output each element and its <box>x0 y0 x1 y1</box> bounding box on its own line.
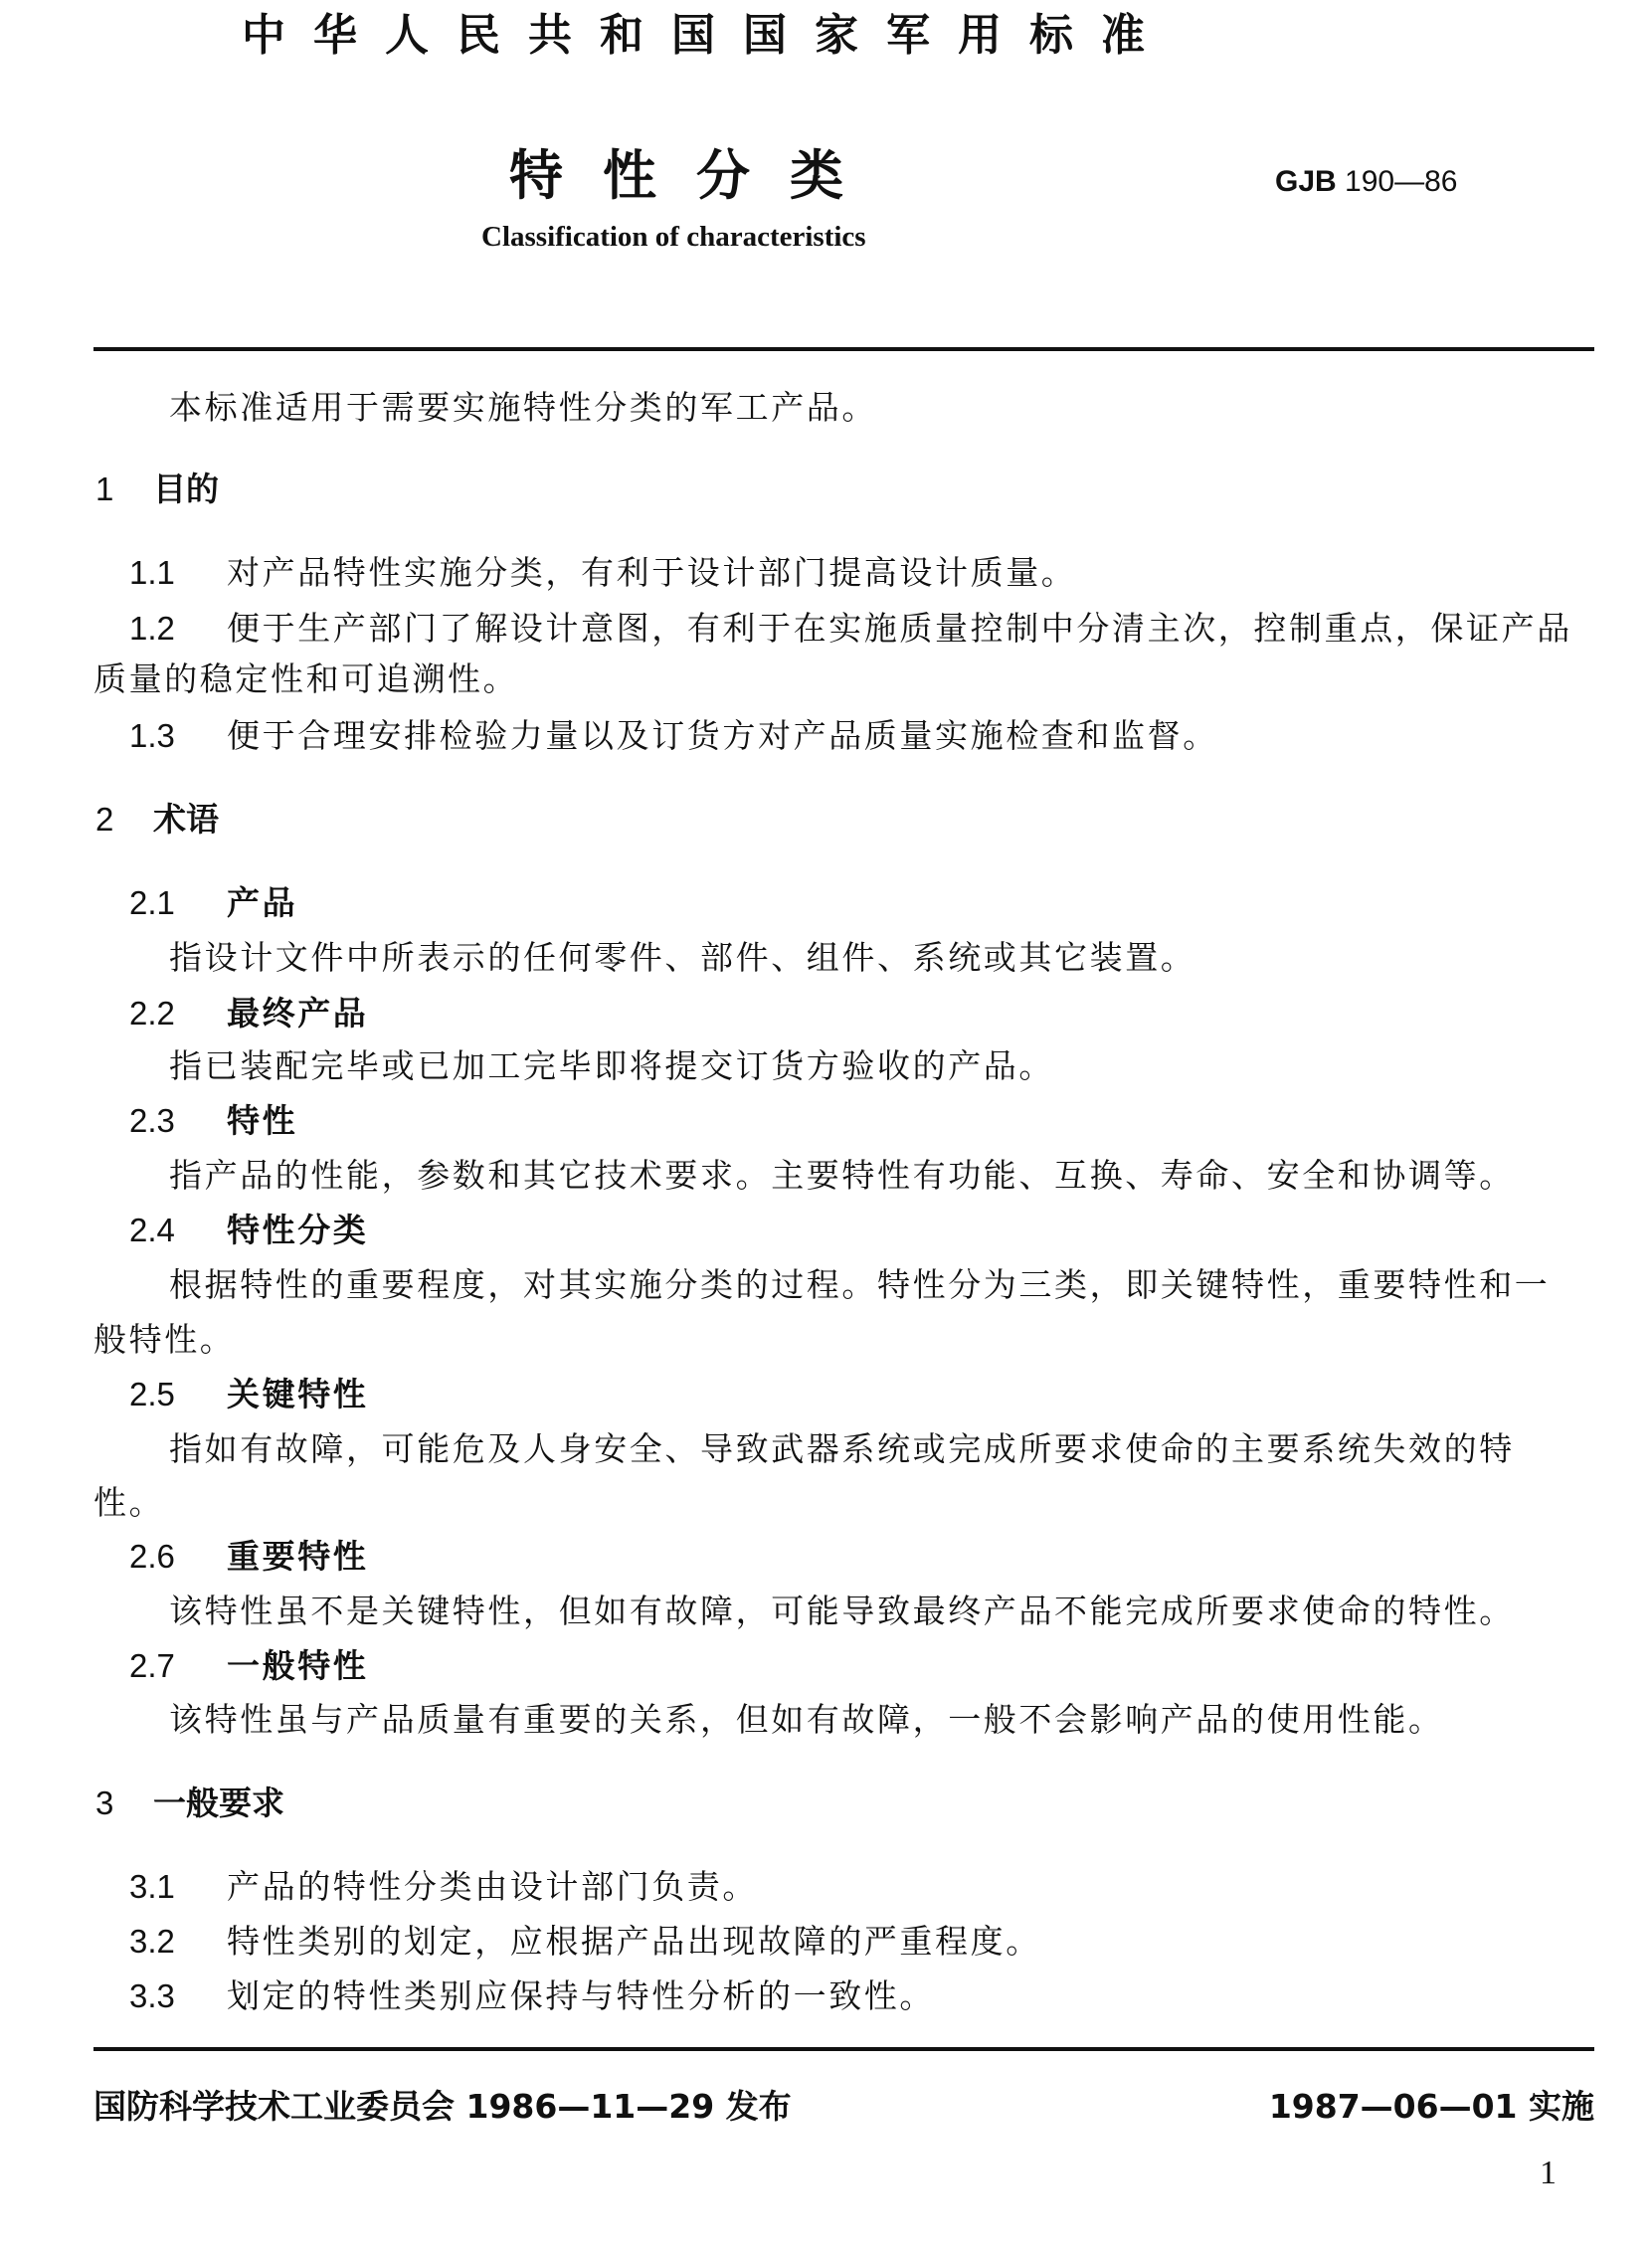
term-name: 特性分类 <box>227 1211 368 1249</box>
clause-number: 1.3 <box>129 719 227 752</box>
section-number: 2 <box>95 803 153 836</box>
term-2-6-heading: 2.6重要特性 <box>129 1540 368 1573</box>
clause-number: 1.1 <box>129 556 227 589</box>
section-title: 术语 <box>153 800 219 839</box>
term-2-3-heading: 2.3特性 <box>129 1104 297 1137</box>
clause-3-2: 3.2特性类别的划定，应根据产品出现故障的严重程度。 <box>129 1925 1041 1958</box>
section-title: 目的 <box>153 470 219 508</box>
term-2-4-definition-continuation: 般特性。 <box>93 1323 235 1356</box>
standard-code: GJB 190—86 <box>1275 167 1457 197</box>
term-2-7-definition: 该特性虽与产品质量有重要的关系，但如有故障，一般不会影响产品的使用性能。 <box>169 1703 1444 1736</box>
page-number: 1 <box>1540 2157 1557 2190</box>
term-name: 最终产品 <box>227 994 368 1033</box>
term-2-1-heading: 2.1产品 <box>129 886 297 919</box>
clause-1-2-continuation: 质量的稳定性和可追溯性。 <box>93 662 518 695</box>
term-2-2-heading: 2.2最终产品 <box>129 997 368 1030</box>
term-name: 重要特性 <box>227 1537 368 1576</box>
term-2-3-definition: 指产品的性能，参数和其它技术要求。主要特性有功能、互换、寿命、安全和协调等。 <box>169 1159 1515 1192</box>
term-2-2-definition: 指已装配完毕或已加工完毕即将提交订货方验收的产品。 <box>169 1049 1054 1082</box>
standard-code-number: 190—86 <box>1345 165 1457 198</box>
term-2-5-heading: 2.5关键特性 <box>129 1378 368 1410</box>
term-name: 关键特性 <box>227 1375 368 1413</box>
bottom-divider <box>93 2047 1594 2051</box>
clause-number: 3.2 <box>129 1925 227 1958</box>
clause-number: 1.2 <box>129 612 227 645</box>
document-title-en: Classification of characteristics <box>481 223 866 252</box>
term-number: 2.3 <box>129 1104 227 1137</box>
standard-code-prefix: GJB <box>1275 165 1337 198</box>
clause-3-3: 3.3划定的特性类别应保持与特性分析的一致性。 <box>129 1979 935 2012</box>
clause-text: 产品的特性分类由设计部门负责。 <box>227 1867 758 1906</box>
term-2-5-definition: 指如有故障，可能危及人身安全、导致武器系统或完成所要求使命的主要系统失效的特 <box>169 1432 1515 1465</box>
clause-1-3: 1.3便于合理安排检验力量以及订货方对产品质量实施检查和监督。 <box>129 719 1218 752</box>
section-number: 1 <box>95 472 153 505</box>
term-2-4-definition: 根据特性的重要程度，对其实施分类的过程。特性分为三类，即关键特性，重要特性和一 <box>169 1268 1550 1301</box>
section-2-heading: 2术语 <box>95 803 219 836</box>
document-title-cn: 特性分类 <box>509 149 883 203</box>
section-number: 3 <box>95 1786 153 1819</box>
term-2-6-definition: 该特性虽不是关键特性，但如有故障，可能导致最终产品不能完成所要求使命的特性。 <box>169 1595 1515 1627</box>
term-number: 2.2 <box>129 997 227 1030</box>
clause-text: 划定的特性类别应保持与特性分析的一致性。 <box>227 1976 935 2015</box>
section-1-heading: 1目的 <box>95 472 219 505</box>
scope-statement: 本标准适用于需要实施特性分类的军工产品。 <box>169 391 877 424</box>
term-2-5-definition-continuation: 性。 <box>93 1486 164 1519</box>
section-3-heading: 3一般要求 <box>95 1786 284 1819</box>
clause-text: 特性类别的划定，应根据产品出现故障的严重程度。 <box>227 1922 1041 1961</box>
issued-by: 国防科学技术工业委员会 1986—11—29 发布 <box>93 2090 792 2123</box>
section-title: 一般要求 <box>153 1784 284 1822</box>
effective-date: 1987—06—01 实施 <box>1269 2090 1594 2123</box>
clause-3-1: 3.1产品的特性分类由设计部门负责。 <box>129 1870 758 1903</box>
term-2-7-heading: 2.7一般特性 <box>129 1649 368 1682</box>
term-number: 2.6 <box>129 1540 227 1573</box>
term-name: 特性 <box>227 1101 297 1140</box>
term-number: 2.4 <box>129 1214 227 1246</box>
term-number: 2.5 <box>129 1378 227 1410</box>
clause-1-2: 1.2便于生产部门了解设计意图，有利于在实施质量控制中分清主次，控制重点，保证产… <box>129 612 1572 645</box>
top-divider <box>93 347 1594 351</box>
term-name: 一般特性 <box>227 1646 368 1685</box>
clause-text: 便于生产部门了解设计意图，有利于在实施质量控制中分清主次，控制重点，保证产品 <box>227 609 1572 648</box>
term-name: 产品 <box>227 883 297 922</box>
clause-1-1: 1.1对产品特性实施分类，有利于设计部门提高设计质量。 <box>129 556 1076 589</box>
term-number: 2.1 <box>129 886 227 919</box>
standard-type-heading: 中华人民共和国国家军用标准 <box>242 14 1173 58</box>
term-2-4-heading: 2.4特性分类 <box>129 1214 368 1246</box>
term-number: 2.7 <box>129 1649 227 1682</box>
clause-text: 对产品特性实施分类，有利于设计部门提高设计质量。 <box>227 553 1076 592</box>
term-2-1-definition: 指设计文件中所表示的任何零件、部件、组件、系统或其它装置。 <box>169 941 1195 974</box>
clause-text: 便于合理安排检验力量以及订货方对产品质量实施检查和监督。 <box>227 716 1218 755</box>
clause-number: 3.3 <box>129 1979 227 2012</box>
clause-number: 3.1 <box>129 1870 227 1903</box>
